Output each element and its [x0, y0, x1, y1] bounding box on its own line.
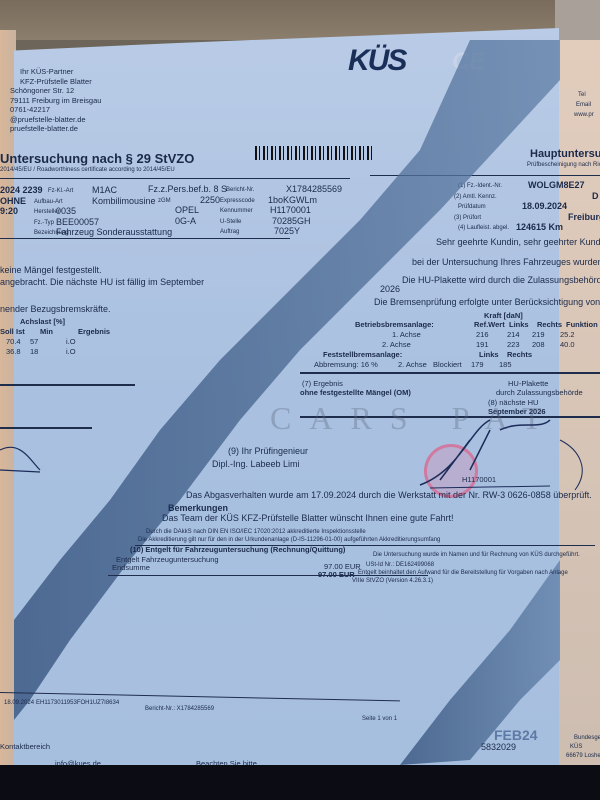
vehicle-mid-value: 2250: [200, 196, 220, 205]
fee-ust: USt-Id Nr.: DE162499068: [366, 562, 434, 568]
body-line2-left: angebracht. Die nächste HU ist fällig im…: [0, 278, 204, 287]
vehicle-value: 0035: [56, 207, 76, 216]
divider: [0, 178, 350, 179]
parking-abbremsung: Abbremsung: 16 %: [314, 361, 378, 369]
field-label: Prüfdatum: [458, 204, 486, 210]
body-line2-right: Die HU-Plakette wird durch die Zulassung…: [402, 276, 600, 285]
divider: [300, 372, 600, 374]
body-line1-right: bei der Untersuchung Ihres Fahrzeuges wu…: [412, 258, 600, 267]
vehicle-label: Fz.-Typ: [34, 220, 54, 226]
background-surface-bottom: [0, 765, 600, 800]
axle-column-header: Soll: [0, 328, 14, 336]
field-value: 124615 Km: [516, 223, 563, 232]
fee-version: VIIIe StVZO (Version 4.26.3.1): [352, 578, 433, 584]
partner-line: 79111 Freiburg im Breisgau: [10, 97, 101, 105]
underlying-paper-left: [0, 30, 16, 770]
partner-line: pruefstelle-blatter.de: [10, 125, 78, 133]
fee-note1: Die Untersuchung wurde im Namen und für …: [373, 552, 580, 558]
brake-funktion: 40.0: [560, 341, 575, 349]
field-label: (2) Amtl. Kennz.: [454, 194, 497, 200]
vehicle-right-label: Bericht-Nr.: [226, 187, 254, 193]
vehicle-prefix: 9:20: [0, 207, 18, 216]
brake-column-header: Links: [509, 321, 529, 329]
brake-rechts: 208: [532, 341, 545, 349]
axle-ist: 36.8: [6, 348, 21, 356]
field-value: Freiburg: [568, 213, 600, 222]
body-line3-left: nender Bezugsbremskräfte.: [0, 305, 111, 314]
axle-ergebnis: i.O: [66, 348, 76, 356]
partner-line: Schöngoner Str. 12: [10, 87, 74, 95]
service-brake-label: Betriebsbremsanlage:: [355, 321, 434, 329]
axle-min: 18: [30, 348, 38, 356]
inspector-stamp-number: H1170001: [462, 476, 496, 484]
brake-funktion: 25.2: [560, 331, 575, 339]
footer-report: Bericht-Nr.: X1784285569: [145, 706, 214, 712]
vehicle-prefix: OHNE: [0, 197, 26, 206]
vehicle-right-label: Expresscode: [220, 198, 255, 204]
vehicle-value: Fahrzeug Sonderausstattung: [56, 228, 172, 237]
vehicle-right-value: X1784285569: [286, 185, 342, 194]
vehicle-value: M1AC: [92, 186, 117, 195]
footer-right-line: KÜS: [570, 744, 582, 750]
footer-contact-label: Kontaktbereich: [0, 743, 50, 751]
brake-rechts: 219: [532, 331, 545, 339]
field-label: (1) Fz.-Ident.-Nr.: [458, 183, 502, 189]
barcode: [255, 146, 375, 160]
fees-title: (10) Entgelt für Fahrzeuguntersuchung (R…: [130, 546, 345, 554]
partner-line: @pruefstelle-blatter.de: [10, 116, 86, 124]
axle-column-header: Min: [40, 328, 53, 336]
partner-line: Ihr KÜS-Partner: [20, 68, 73, 76]
partner-line: KFZ-Prüfstelle Blatter: [20, 78, 92, 86]
contact-line: Email: [576, 102, 591, 108]
vehicle-value: Kombilimousine: [92, 197, 156, 206]
result-value: ohne festgestellte Mängel (OM): [300, 389, 411, 397]
divider: [0, 384, 135, 386]
field-label: (4) Laufleist. abgel.: [458, 225, 509, 231]
vehicle-prefix: 2024 2239: [0, 186, 43, 195]
body-line2-year: 2026: [380, 285, 400, 294]
kraft-header: Kraft [daN]: [484, 312, 523, 320]
brake-links: 214: [507, 331, 520, 339]
plakette-label: HU-Plakette: [508, 380, 548, 388]
result-label: (7) Ergebnis: [302, 380, 343, 388]
emissions-text: Das Abgasverhalten wurde am 17.09.2024 d…: [186, 491, 592, 500]
parking-rechts: 185: [499, 361, 512, 369]
accreditation-line2: Die Akkreditierung gilt nur für den in d…: [138, 537, 440, 543]
vehicle-right-value: 1boKGWLm: [268, 196, 317, 205]
divider: [0, 238, 290, 239]
axle-column-header: Ergebnis: [78, 328, 110, 336]
field-value: D: [592, 192, 599, 201]
brake-column-header: Funktion: [566, 321, 598, 329]
greeting: Sehr geehrte Kundin, sehr geehrter Kunde: [436, 238, 600, 247]
plakette-value: durch Zulassungsbehörde: [496, 389, 583, 397]
inspector-label: (9) Ihr Prüfingenieur: [228, 447, 308, 456]
brake-column-header: Ref.Wert: [474, 321, 505, 329]
axle-ergebnis: i.O: [66, 338, 76, 346]
field-label: (3) Prüfort: [454, 215, 481, 221]
brake-axle: 2. Achse: [382, 341, 411, 349]
vehicle-label: Aufbau-Art: [34, 199, 63, 205]
vehicle-value: BEE00057: [56, 218, 99, 227]
vehicle-mid-value: 0G-A: [175, 217, 196, 226]
vehicle-right-label: Auftrag: [220, 229, 239, 235]
footer-code: EH1173011953FOH1UZ7I8634: [36, 700, 119, 706]
axle-load-header: Achslast [%]: [20, 318, 65, 326]
footer-right-line: Bundesgeschäftsstelle: [574, 735, 600, 741]
divider: [108, 575, 428, 576]
footer-right-line: 66679 Losheim: [566, 753, 600, 759]
contact-line: Tel: [578, 92, 586, 98]
accreditation-line1: Durch die DAkkS nach DIN EN ISO/IEC 1702…: [146, 529, 366, 535]
field-value: WOLGM8E27: [528, 181, 585, 190]
vehicle-mid-value: Fz.z.Pers.bef.b. 8 S: [148, 185, 227, 194]
fee-total-label: Endsumme: [112, 564, 150, 572]
partner-line: 0761-42217: [10, 106, 50, 114]
footer-date: 18.09.2024: [4, 700, 34, 706]
vehicle-mid-label: zGM: [158, 198, 171, 204]
parking-brake-label: Feststellbremsanlage:: [323, 351, 402, 359]
seal-number: 5832029: [481, 743, 516, 752]
field-value: 18.09.2024: [522, 202, 567, 211]
vehicle-right-label: Kennummer: [220, 208, 253, 214]
body-line1-left: keine Mängel festgestellt.: [0, 266, 102, 275]
divider: [0, 427, 92, 429]
right-subtitle: Prüfbescheinigung nach Richtlinie: [527, 162, 600, 168]
vehicle-right-value: H1170001: [270, 206, 311, 215]
right-title: Hauptuntersuchung: [530, 149, 600, 160]
brake-ref: 191: [476, 341, 489, 349]
parking-status: Blockiert: [433, 361, 462, 369]
vehicle-right-value: 70285GH: [272, 217, 311, 226]
brake-links: 223: [507, 341, 520, 349]
body-line3-right: Die Bremsenprüfung erfolgte unter Berück…: [374, 298, 600, 307]
seal-month: FEB24: [494, 728, 538, 742]
axle-column-header: Ist: [16, 328, 25, 336]
cars-watermark: CARS PAT: [270, 400, 560, 437]
parking-col-links: Links: [479, 351, 499, 359]
vehicle-mid-value: OPEL: [175, 206, 199, 215]
document-title: Untersuchung nach § 29 StVZO: [0, 152, 194, 165]
kues-logo: KÜS: [348, 44, 405, 78]
vehicle-right-value: 7025Y: [274, 227, 300, 236]
inspector-name: Dipl.-Ing. Labeeb Limi: [212, 460, 300, 469]
parking-col-rechts: Rechts: [507, 351, 532, 359]
parking-links: 179: [471, 361, 484, 369]
brake-column-header: Rechts: [537, 321, 562, 329]
contact-line: www.pr: [574, 112, 594, 118]
remarks-label: Bemerkungen: [168, 504, 228, 513]
parking-axle: 2. Achse: [398, 361, 427, 369]
divider: [370, 175, 600, 176]
footer-page: Seite 1 von 1: [362, 716, 397, 722]
axle-min: 57: [30, 338, 38, 346]
remarks-text: Das Team der KÜS KFZ-Prüfstelle Blatter …: [162, 514, 453, 523]
logo-ghost: CE: [452, 48, 485, 76]
axle-ist: 70.4: [6, 338, 21, 346]
brake-ref: 216: [476, 331, 489, 339]
vehicle-label: Fz-Kl.-Art: [48, 188, 73, 194]
document-subtitle: 2014/45/EU / Roadworthiness certificate …: [0, 167, 175, 173]
brake-axle: 1. Achse: [392, 331, 421, 339]
vehicle-right-label: U-Stelle: [220, 219, 241, 225]
